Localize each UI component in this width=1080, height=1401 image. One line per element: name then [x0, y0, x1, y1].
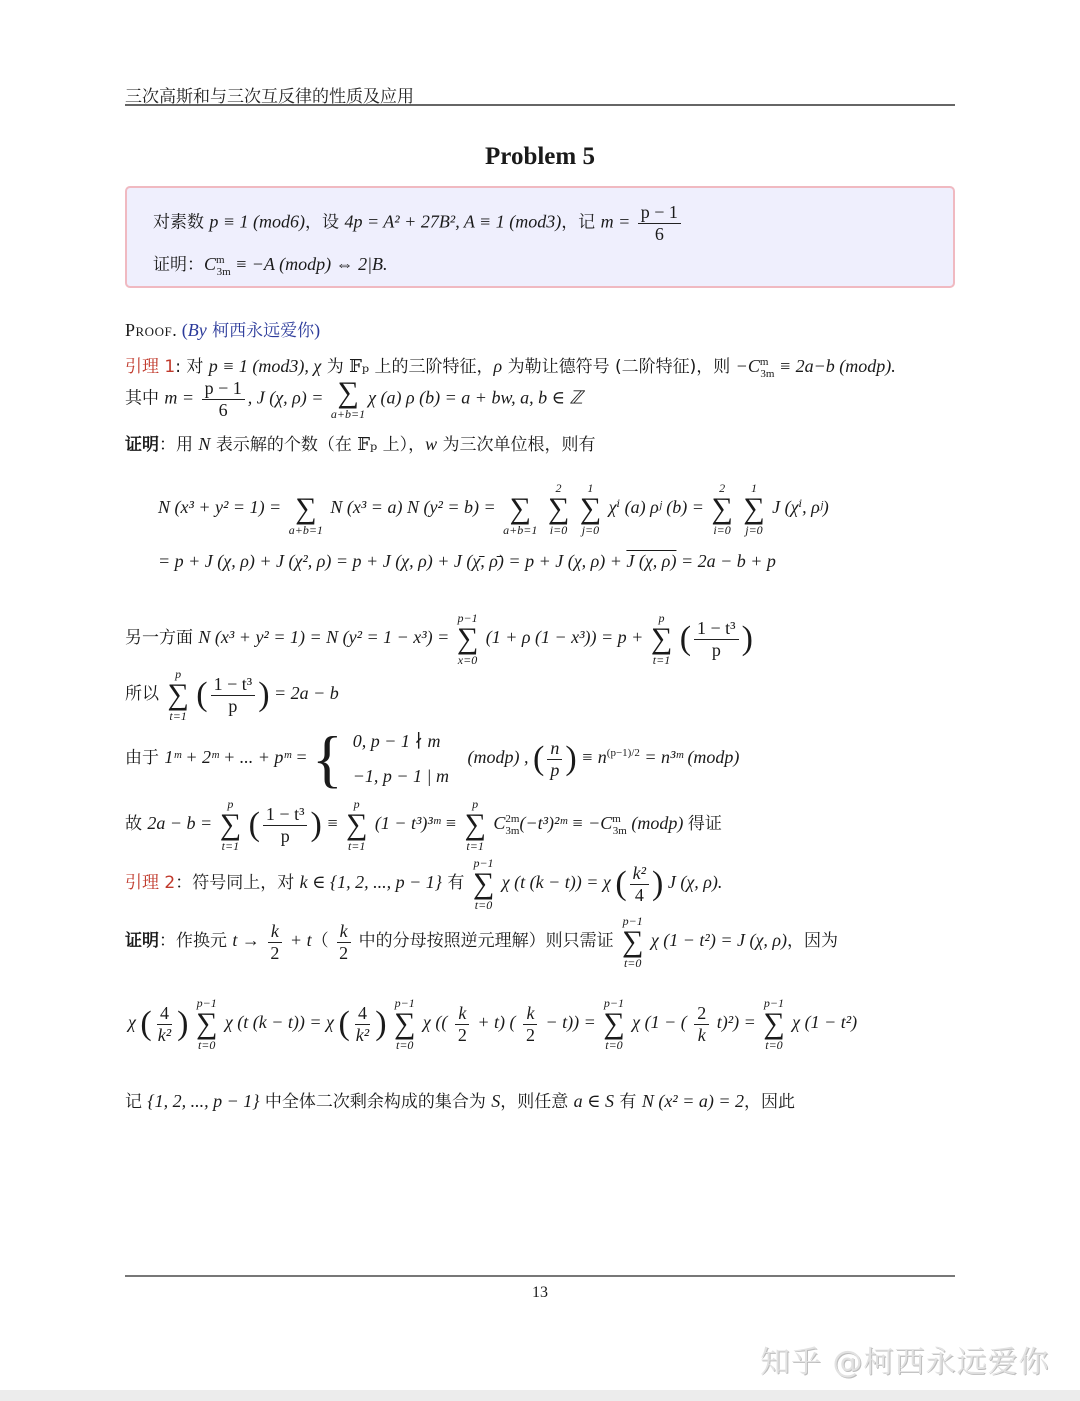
summation: p−1∑t=0	[473, 857, 494, 911]
fraction: 2k	[694, 1003, 709, 1045]
lemma-2: 引理 2：符号同上，对 k ∈ {1, 2, ..., p − 1} 有 p−1…	[125, 857, 722, 911]
fraction: k²4	[630, 863, 649, 905]
summation: p∑t=1	[167, 668, 188, 722]
fraction: 4k²	[155, 1003, 174, 1045]
lemma-1: 引理 1: 对 p ≡ 1 (mod3), χ 为 𝔽ₚ 上的三阶特征，ρ 为勒…	[125, 352, 896, 380]
header-rule	[125, 104, 955, 106]
lemma-1-label: 引理 1	[125, 357, 175, 377]
fraction: np	[547, 738, 562, 780]
proof-2-intro: 证明：作换元 t → k2 + t（ k2 中的分母按照逆元理解）则只需证 p−…	[125, 915, 838, 969]
so-equation: 所以 p∑t=1 (1 − t³p) = 2a − b	[125, 668, 339, 722]
summation: ∑a+b=1	[331, 378, 365, 420]
summation: p−1∑t=0	[394, 997, 415, 1051]
fraction: k2	[267, 921, 282, 963]
therefore-equation: 故 2a − b = p∑t=1 (1 − t³p) ≡ p∑t=1 (1 − …	[125, 798, 722, 852]
fraction: 1 − t³p	[263, 804, 308, 846]
author-credit: (By 柯西永远爱你)	[182, 320, 320, 340]
summation: 1∑j=0	[580, 482, 601, 536]
summation: ∑a+b=1	[503, 482, 537, 536]
fraction: 4k²	[353, 1003, 372, 1045]
other-hand-equation: 另一方面 N (x³ + y² = 1) = N (y² = 1 − x³) =…	[125, 612, 753, 666]
statement-line-2: 证明：Cm3m ≡ −A (modp) ⇔ 2|B.	[153, 250, 388, 278]
summation: p−1∑t=0	[603, 997, 624, 1051]
problem-title: Problem 5	[0, 143, 1080, 171]
summation: 1∑j=0	[743, 482, 764, 536]
proof-1-intro: 证明：用 N 表示解的个数（在 𝔽ₚ 上），w 为三次单位根，则有	[125, 430, 596, 455]
statement-line-1: 对素数 p ≡ 1 (mod6)，设 4p = A² + 27B², A ≡ 1…	[153, 202, 684, 244]
summation: p−1∑t=0	[763, 997, 784, 1051]
fraction: 1 − t³p	[694, 618, 739, 660]
summation: 2∑i=0	[548, 482, 569, 536]
problem-statement-box: 对素数 p ≡ 1 (mod6)，设 4p = A² + 27B², A ≡ 1…	[125, 186, 955, 288]
lemma-1-where: 其中 m = p − 16, J (χ, ρ) = ∑a+b=1χ (a) ρ …	[125, 378, 583, 420]
fraction: 1 − t³p	[211, 674, 256, 716]
summation: p∑t=1	[346, 798, 367, 852]
summation: p∑t=1	[220, 798, 241, 852]
since-equation: 由于 1ᵐ + 2ᵐ + ... + pᵐ = {0, p − 1 ∤ m−1,…	[125, 727, 739, 791]
summation: p∑t=1	[464, 798, 485, 852]
document-page: 三次高斯和与三次互反律的性质及应用 Problem 5 对素数 p ≡ 1 (m…	[0, 0, 1080, 1390]
summation: p−1∑t=0	[622, 915, 643, 969]
record-line: 记 {1, 2, ..., p − 1} 中全体二次剩余构成的集合为 S，则任意…	[125, 1087, 795, 1112]
bottom-strip	[0, 1390, 1080, 1401]
equation-2: χ (4k²) p−1∑t=0 χ (t (k − t)) = χ (4k²) …	[128, 997, 857, 1051]
fraction: p − 16	[638, 202, 681, 244]
equation-1-line-2: = p + J (χ, ρ) + J (χ², ρ) = p + J (χ, ρ…	[158, 551, 776, 572]
summation: p−1∑x=0	[457, 612, 478, 666]
proof-heading: Proof. (By 柯西永远爱你)	[125, 316, 320, 341]
piecewise-cases: {0, p − 1 ∤ m−1, p − 1 | m	[312, 727, 449, 791]
page-number: 13	[0, 1284, 1080, 1302]
footer-rule	[125, 1275, 955, 1277]
fraction: p − 16	[202, 378, 245, 420]
summation: p∑t=1	[651, 612, 672, 666]
fraction: k2	[336, 921, 351, 963]
fraction: k2	[523, 1003, 538, 1045]
summation: ∑a+b=1	[289, 482, 323, 536]
fraction: k2	[455, 1003, 470, 1045]
summation: p−1∑t=0	[196, 997, 217, 1051]
equation-1-line-1: N (x³ + y² = 1) = ∑a+b=1 N (x³ = a) N (y…	[158, 482, 829, 536]
watermark: 知乎 @柯西永远爱你	[760, 1337, 1050, 1381]
summation: 2∑i=0	[711, 482, 732, 536]
lemma-2-label: 引理 2	[125, 873, 175, 893]
